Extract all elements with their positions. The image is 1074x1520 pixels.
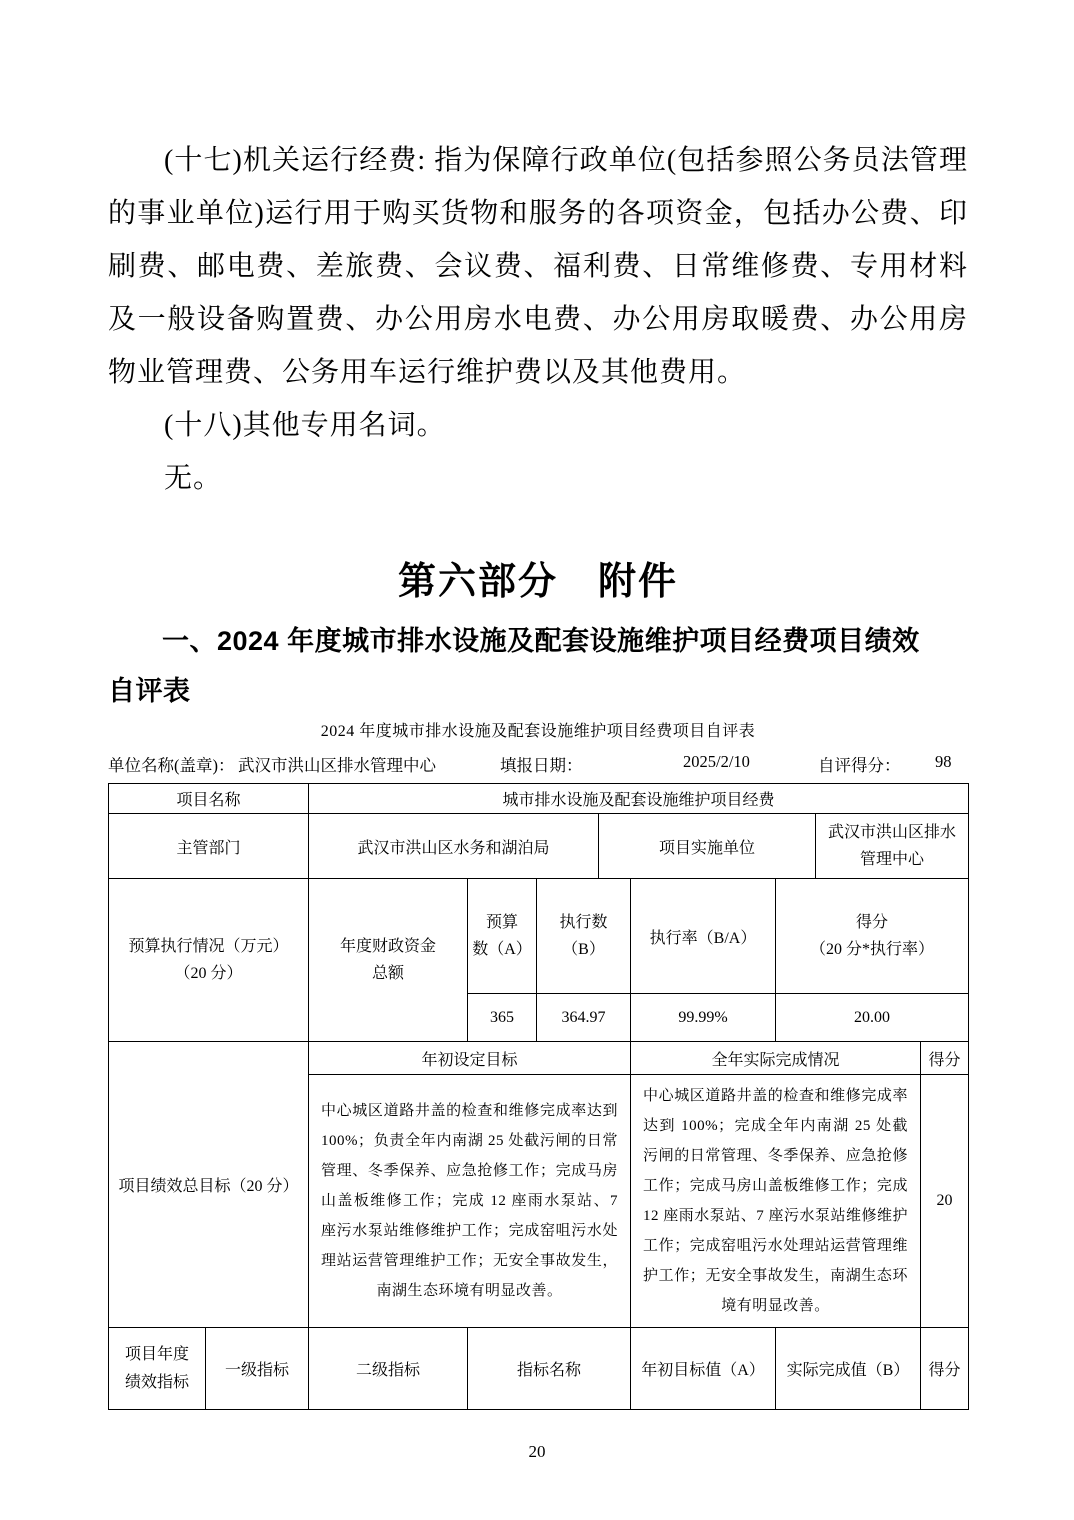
cell-budget-exec-label: 预算执行情况（万元） （20 分） bbox=[109, 879, 309, 1042]
cell-goal-score-value: 20 bbox=[921, 1075, 969, 1328]
cell-actual-header: 全年实际完成情况 bbox=[631, 1042, 921, 1075]
cell-dept-label: 主管部门 bbox=[109, 814, 309, 879]
cell-actual-value-header: 实际完成值（B） bbox=[776, 1328, 921, 1410]
cell-exec-num-value: 364.97 bbox=[537, 994, 631, 1042]
document-page: (十七)机关运行经费: 指为保障行政单位(包括参照公务员法管理的事业单位)运行用… bbox=[0, 0, 1074, 1520]
cell-goal-section-label: 项目绩效总目标（20 分） bbox=[109, 1042, 309, 1328]
row-budget-headers: 预算执行情况（万元） （20 分） 年度财政资金 总额 预算 数（A） 执行数 … bbox=[109, 879, 969, 994]
section-subheading-line1: 一、2024 年度城市排水设施及配套设施维护项目经费项目绩效 bbox=[108, 616, 968, 666]
report-date-label: 填报日期： bbox=[500, 752, 583, 776]
unit-name-value: 武汉市洪山区排水管理中心 bbox=[238, 752, 436, 776]
cell-budget-num-value: 365 bbox=[468, 994, 537, 1042]
row-departments: 主管部门 武汉市洪山区水务和湖泊局 项目实施单位 武汉市洪山区排水 管理中心 bbox=[109, 814, 969, 879]
table-title: 2024 年度城市排水设施及配套设施维护项目经费项目自评表 bbox=[108, 718, 968, 741]
section-heading: 第六部分 附件 bbox=[108, 550, 968, 605]
cell-level1-header: 一级指标 bbox=[206, 1328, 309, 1410]
cell-level2-header: 二级指标 bbox=[309, 1328, 468, 1410]
section-subheading: 一、2024 年度城市排水设施及配套设施维护项目经费项目绩效 自评表 bbox=[108, 616, 968, 716]
cell-impl-label: 项目实施单位 bbox=[599, 814, 816, 879]
cell-goal-text: 中心城区道路井盖的检查和维修完成率达到 100%；负责全年内南湖 25 处截污闸… bbox=[309, 1075, 631, 1328]
section-subheading-line2: 自评表 bbox=[108, 666, 968, 716]
body-text-block: (十七)机关运行经费: 指为保障行政单位(包括参照公务员法管理的事业单位)运行用… bbox=[108, 134, 968, 505]
cell-dept-value: 武汉市洪山区水务和湖泊局 bbox=[309, 814, 599, 879]
paragraph-none: 无。 bbox=[108, 452, 968, 505]
cell-score-value: 20.00 bbox=[776, 994, 969, 1042]
row-goal-headers: 项目绩效总目标（20 分） 年初设定目标 全年实际完成情况 得分 bbox=[109, 1042, 969, 1075]
unit-name-label: 单位名称(盖章)： bbox=[108, 752, 235, 776]
cell-exec-rate-header: 执行率（B/A） bbox=[631, 879, 776, 994]
cell-actual-text: 中心城区道路井盖的检查和维修完成率达到 100%；完成全年内南湖 25 处截污闸… bbox=[631, 1075, 921, 1328]
paragraph-17: (十七)机关运行经费: 指为保障行政单位(包括参照公务员法管理的事业单位)运行用… bbox=[108, 134, 968, 399]
cell-budget-num-header: 预算 数（A） bbox=[468, 879, 537, 994]
cell-target-value-header: 年初目标值（A） bbox=[631, 1328, 776, 1410]
self-score-label: 自评得分： bbox=[818, 752, 901, 776]
cell-score-col-header: 得分 bbox=[921, 1042, 969, 1075]
cell-exec-rate-value: 99.99% bbox=[631, 994, 776, 1042]
cell-score-header2: 得分 bbox=[921, 1328, 969, 1410]
paragraph-18: (十八)其他专用名词。 bbox=[108, 399, 968, 452]
cell-project-name-label: 项目名称 bbox=[109, 784, 309, 814]
cell-annual-fund-label: 年度财政资金 总额 bbox=[309, 879, 468, 1042]
cell-impl-value: 武汉市洪山区排水 管理中心 bbox=[816, 814, 969, 879]
cell-goal-header: 年初设定目标 bbox=[309, 1042, 631, 1075]
self-score-value: 98 bbox=[935, 752, 952, 772]
row-indicator-headers: 项目年度 绩效指标 一级指标 二级指标 指标名称 年初目标值（A） 实际完成值（… bbox=[109, 1328, 969, 1410]
cell-annual-indicator-label: 项目年度 绩效指标 bbox=[109, 1328, 206, 1410]
self-evaluation-table: 项目名称 城市排水设施及配套设施维护项目经费 主管部门 武汉市洪山区水务和湖泊局… bbox=[108, 783, 969, 1410]
cell-exec-num-header: 执行数 （B） bbox=[537, 879, 631, 994]
row-project-name: 项目名称 城市排水设施及配套设施维护项目经费 bbox=[109, 784, 969, 814]
cell-score-formula-header: 得分 （20 分*执行率） bbox=[776, 879, 969, 994]
cell-project-name-value: 城市排水设施及配套设施维护项目经费 bbox=[309, 784, 969, 814]
page-number: 20 bbox=[0, 1442, 1074, 1462]
cell-indicator-name-header: 指标名称 bbox=[468, 1328, 631, 1410]
self-evaluation-table-wrapper: 项目名称 城市排水设施及配套设施维护项目经费 主管部门 武汉市洪山区水务和湖泊局… bbox=[108, 783, 968, 1410]
report-date-value: 2025/2/10 bbox=[683, 752, 750, 772]
table-info-line: 单位名称(盖章)： 武汉市洪山区排水管理中心 填报日期： 2025/2/10 自… bbox=[108, 752, 968, 780]
